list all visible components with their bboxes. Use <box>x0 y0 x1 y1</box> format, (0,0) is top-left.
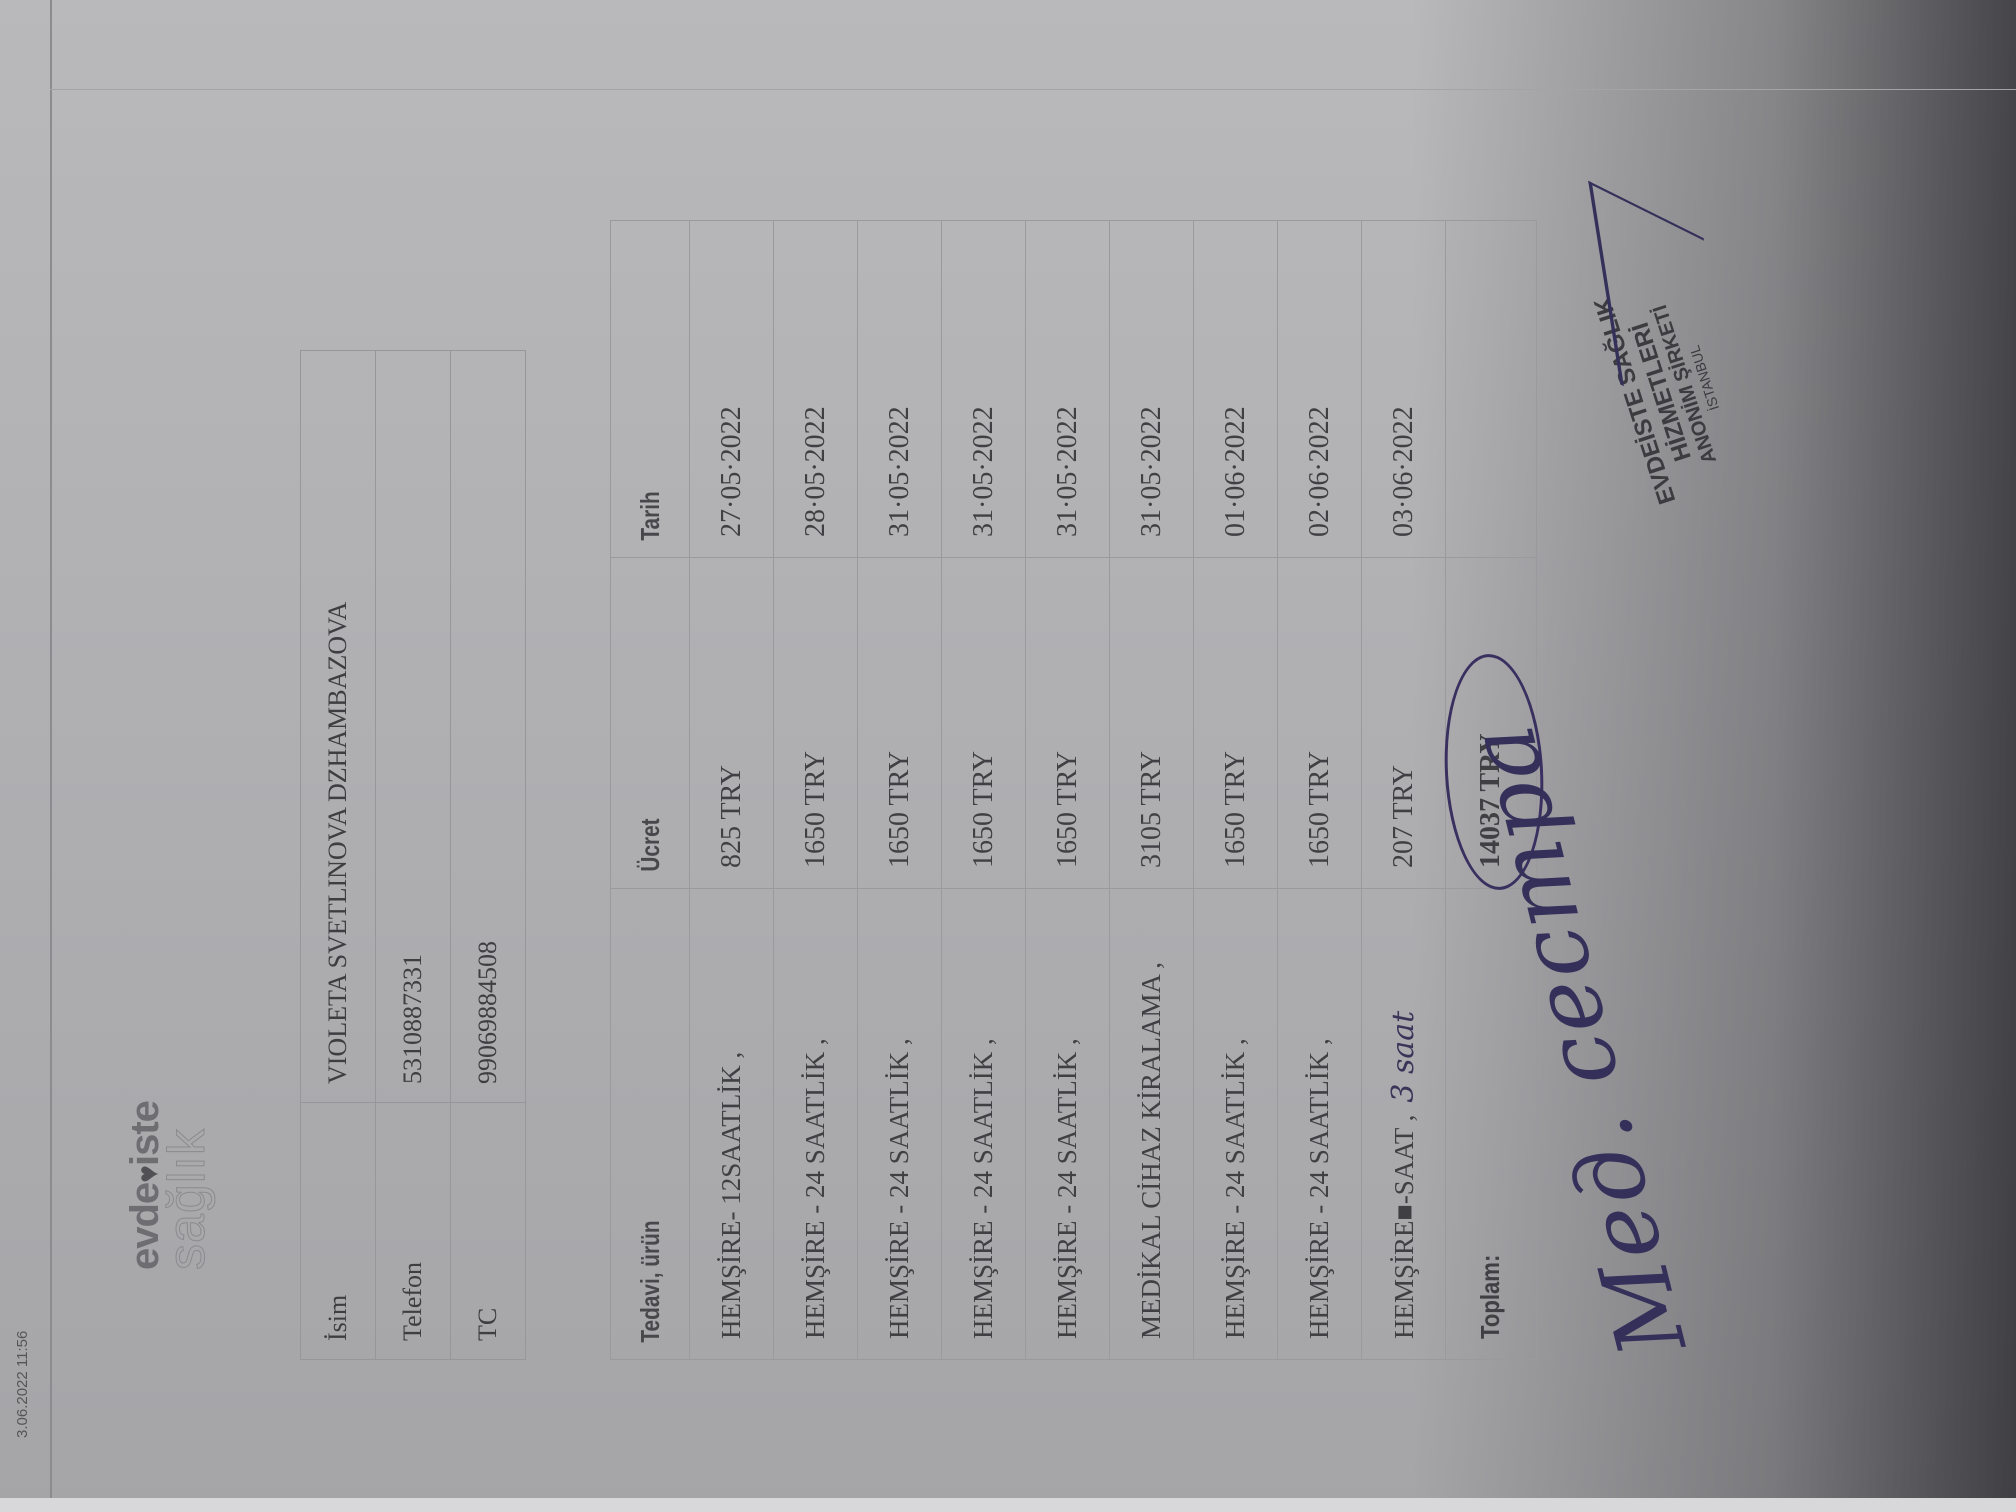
item-date: 31·05·2022 <box>858 221 942 558</box>
item-fee: 1650 TRY <box>858 558 942 889</box>
invoice-paper: 3.06.2022 11:56 evde♥iste sağlık İsimVIO… <box>0 0 2016 1500</box>
item-date: 31·05·2022 <box>1110 221 1194 558</box>
item-name-cell: HEMŞİRE- 12SAATLİK , <box>690 889 774 1360</box>
item-fee: 1650 TRY <box>1278 558 1362 889</box>
item-name-cell: HEMŞİRE - 24 SAATLİK , <box>774 889 858 1360</box>
item-fee: 1650 TRY <box>1026 558 1110 889</box>
info-value: VIOLETA SVETLINOVA DZHAMBAZOVA <box>301 351 376 1103</box>
total-label: Toplam: <box>1475 1255 1506 1339</box>
table-row: HEMŞİRE- 12SAATLİK ,825 TRY27·05·2022 <box>690 221 774 1360</box>
patient-info-table: İsimVIOLETA SVETLINOVA DZHAMBAZOVATelefo… <box>300 350 526 1360</box>
item-name-cell: HEMŞİRE - 24 SAATLİK , <box>1026 889 1110 1360</box>
item-fee: 1650 TRY <box>774 558 858 889</box>
header-divider <box>50 0 52 1500</box>
item-name: MEDİKAL CİHAZ KİRALAMA , <box>1136 962 1166 1339</box>
item-date: 02·06·2022 <box>1278 221 1362 558</box>
page-margin-line <box>50 89 2016 90</box>
print-timestamp: 3.06.2022 11:56 <box>14 1331 31 1438</box>
stamp-signature-stroke <box>1588 181 1736 442</box>
item-name: HEMŞİRE - 24 SAATLİK , <box>968 1038 998 1339</box>
table-row: HEMŞİRE - 24 SAATLİK ,1650 TRY01·06·2022 <box>1194 221 1278 1360</box>
item-date: 03·06·2022 <box>1362 221 1446 558</box>
header-date: Tarih <box>611 288 690 558</box>
item-fee: 1650 TRY <box>942 558 1026 889</box>
info-label: Telefon <box>376 1103 451 1360</box>
item-name: HEMŞİRE - 24 SAATLİK , <box>800 1038 830 1339</box>
table-row: MEDİKAL CİHAZ KİRALAMA ,3105 TRY31·05·20… <box>1110 221 1194 1360</box>
table-row: HEMŞİRE - 24 SAATLİK ,1650 TRY31·05·2022 <box>858 221 942 1360</box>
table-row: HEMŞİRE - 24 SAATLİK ,1650 TRY31·05·2022 <box>1026 221 1110 1360</box>
item-name: HEMŞİRE■-SAAT , <box>1389 1115 1419 1339</box>
company-logo: evde♥iste sağlık <box>125 1101 213 1270</box>
header-treatment: Tedavi, ürün <box>611 983 690 1360</box>
item-date: 28·05·2022 <box>774 221 858 558</box>
table-row: HEMŞİRE - 24 SAATLİK ,1650 TRY28·05·2022 <box>774 221 858 1360</box>
item-name-cell: HEMŞİRE - 24 SAATLİK , <box>1278 889 1362 1360</box>
services-table: Tedavi, ürün Ücret Tarih HEMŞİRE- 12SAAT… <box>610 220 1537 1360</box>
item-name: HEMŞİRE - 24 SAATLİK , <box>1220 1038 1250 1339</box>
table-row: HEMŞİRE■-SAAT ,3 saat207 TRY03·06·2022 <box>1362 221 1446 1360</box>
item-date: 31·05·2022 <box>942 221 1026 558</box>
item-name-cell: HEMŞİRE - 24 SAATLİK , <box>942 889 1026 1360</box>
item-name: HEMŞİRE - 24 SAATLİK , <box>1304 1038 1334 1339</box>
info-value: 99069884508 <box>451 351 526 1103</box>
info-label: TC <box>451 1103 526 1360</box>
item-name: HEMŞİRE - 24 SAATLİK , <box>884 1038 914 1339</box>
item-name-cell: HEMŞİRE - 24 SAATLİK , <box>858 889 942 1360</box>
patient-info-row: Telefon5310887331 <box>376 351 451 1360</box>
item-fee: 1650 TRY <box>1194 558 1278 889</box>
table-row: HEMŞİRE - 24 SAATLİK ,1650 TRY31·05·2022 <box>942 221 1026 1360</box>
company-stamp: EVDEİSTE SAĞLIK HİZMETLERİ ANONİM ŞİRKET… <box>1567 204 1768 576</box>
item-fee: 3105 TRY <box>1110 558 1194 889</box>
item-name: HEMŞİRE - 24 SAATLİK , <box>1052 1038 1082 1339</box>
item-name-cell: MEDİKAL CİHAZ KİRALAMA , <box>1110 889 1194 1360</box>
header-fee: Ücret <box>611 624 690 889</box>
table-row: HEMŞİRE - 24 SAATLİK ,1650 TRY02·06·2022 <box>1278 221 1362 1360</box>
info-label: İsim <box>301 1103 376 1360</box>
item-date: 27·05·2022 <box>690 221 774 558</box>
item-date: 31·05·2022 <box>1026 221 1110 558</box>
item-name-cell: HEMŞİRE - 24 SAATLİK , <box>1194 889 1278 1360</box>
item-fee: 825 TRY <box>690 558 774 889</box>
handwritten-note: 3 saat <box>1386 1011 1421 1103</box>
patient-info-row: TC99069884508 <box>451 351 526 1360</box>
item-name-cell: HEMŞİRE■-SAAT ,3 saat <box>1362 889 1446 1360</box>
info-value: 5310887331 <box>376 351 451 1103</box>
patient-info-row: İsimVIOLETA SVETLINOVA DZHAMBAZOVA <box>301 351 376 1360</box>
item-date: 01·06·2022 <box>1194 221 1278 558</box>
table-surface-edge <box>0 1498 2016 1512</box>
table-header-row: Tedavi, ürün Ücret Tarih <box>611 221 690 1360</box>
logo-subtitle: sağlık <box>161 1101 213 1270</box>
item-fee: 207 TRY <box>1362 558 1446 889</box>
item-name: HEMŞİRE- 12SAATLİK , <box>716 1052 746 1339</box>
